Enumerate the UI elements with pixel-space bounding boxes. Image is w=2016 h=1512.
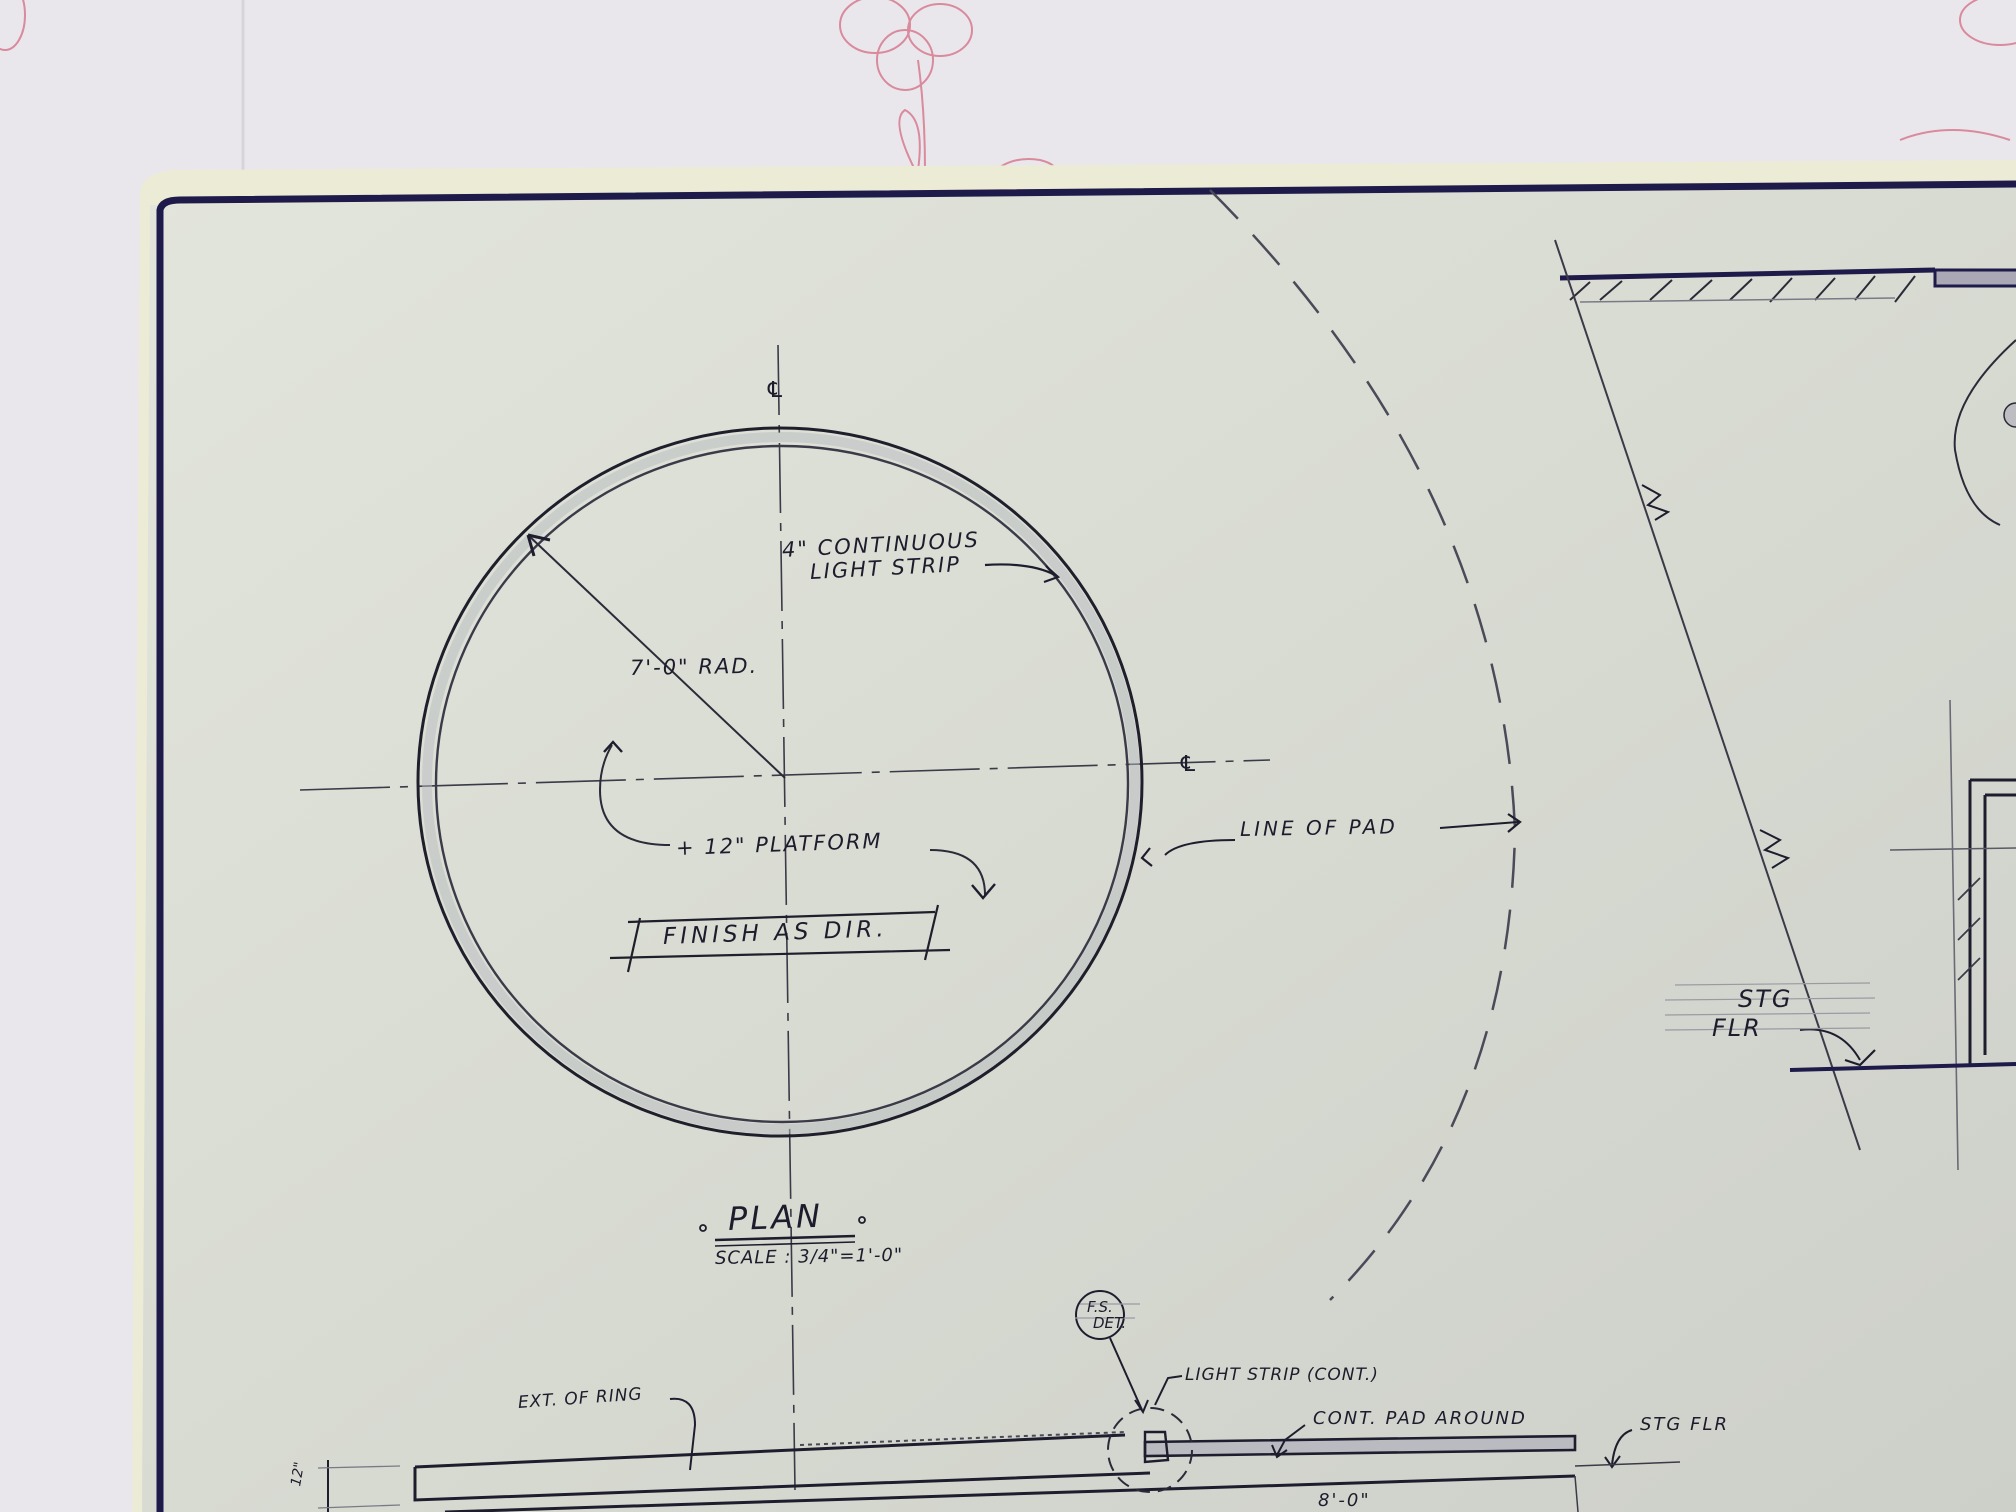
line-of-pad-label: LINE OF PAD [1240,814,1398,841]
centerline-mark-right: ℄ [1178,752,1198,777]
section-stage-floor-label: STG FLR [1640,1414,1729,1435]
blueprint-photo: 4" CONTINUOUS LIGHT STRIP 7'-0" RAD. + 1… [0,0,2016,1512]
section-dimension-bottom: 8'-0" [1318,1490,1371,1511]
cont-pad-around-label: CONT. PAD AROUND [1313,1408,1527,1429]
light-strip-section-label: LIGHT STRIP (CONT.) [1185,1365,1379,1385]
detail-bubble-line2: DET. [1093,1314,1126,1332]
blueprint-drawing [0,0,2016,1512]
right-stage-floor-label-line2: FLR [1712,1014,1762,1042]
centerline-mark-top: ℄ [765,378,785,403]
right-stage-floor-label-line1: STG [1738,985,1793,1013]
plan-title: PLAN [727,1197,823,1238]
radius-label: 7'-0" RAD. [630,654,759,680]
plan-scale: SCALE : 3/4"=1'-0" [715,1245,904,1269]
